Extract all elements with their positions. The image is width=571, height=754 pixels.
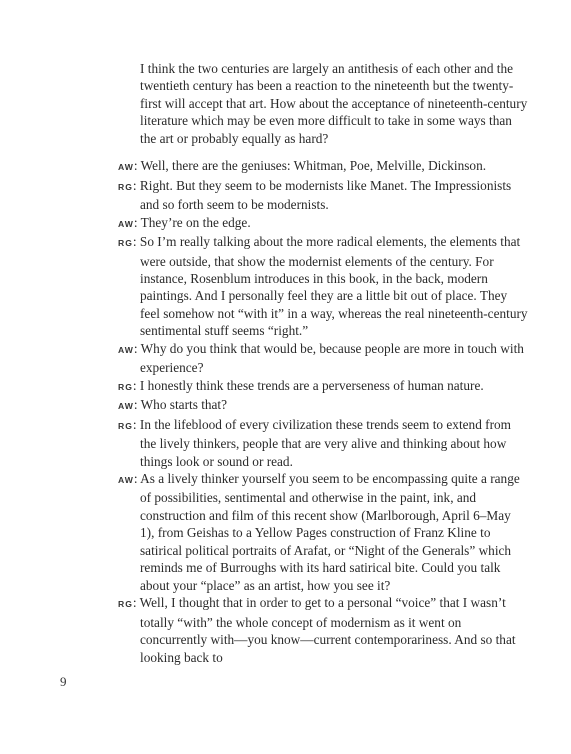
speaker-label: RG (118, 599, 133, 609)
speaker-separator: : (134, 215, 141, 230)
exchange-text: Well, I thought that in order to get to … (140, 595, 516, 664)
exchange-entry: AW: Why do you think that would be, beca… (118, 340, 528, 377)
speaker-separator: : (134, 158, 141, 173)
speaker-label: AW (118, 345, 134, 355)
exchange-entry: RG: Well, I thought that in order to get… (118, 594, 528, 666)
speaker-label: RG (118, 421, 133, 431)
speaker-label: RG (118, 238, 133, 248)
speaker-label: AW (118, 401, 134, 411)
intro-paragraph: I think the two centuries are largely an… (118, 60, 528, 147)
speaker-separator: : (133, 417, 140, 432)
page-number: 9 (60, 674, 67, 690)
speaker-separator: : (133, 595, 140, 610)
interview-text: I think the two centuries are largely an… (118, 60, 528, 666)
speaker-separator: : (134, 341, 141, 356)
exchange-entry: AW: They’re on the edge. (118, 214, 528, 233)
exchange-text: Right. But they seem to be modernists li… (140, 178, 511, 212)
exchange-entry: RG: In the lifeblood of every civilizati… (118, 416, 528, 470)
speaker-separator: : (133, 234, 140, 249)
exchange-text: They’re on the edge. (141, 215, 251, 230)
exchange-entry: RG: I honestly think these trends are a … (118, 377, 528, 396)
exchange-text: So I’m really talking about the more rad… (140, 234, 528, 338)
exchange-text: Why do you think that would be, because … (140, 341, 524, 375)
exchange-entry: RG: So I’m really talking about the more… (118, 233, 528, 340)
speaker-separator: : (134, 397, 141, 412)
exchange-text: I honestly think these trends are a perv… (140, 378, 484, 393)
exchange-text: As a lively thinker yourself you seem to… (140, 471, 520, 593)
speaker-separator: : (133, 378, 140, 393)
speaker-label: RG (118, 182, 133, 192)
exchange-text: In the lifeblood of every civilization t… (140, 417, 511, 469)
speaker-label: AW (118, 475, 134, 485)
exchange-entry: AW: Well, there are the geniuses: Whitma… (118, 157, 528, 176)
exchange-text: Who starts that? (141, 397, 227, 412)
speaker-label: AW (118, 219, 134, 229)
document-page: I think the two centuries are largely an… (0, 0, 571, 754)
exchange-entry: RG: Right. But they seem to be modernist… (118, 177, 528, 214)
exchange-entry: AW: As a lively thinker yourself you see… (118, 470, 528, 594)
speaker-label: AW (118, 162, 134, 172)
speaker-label: RG (118, 382, 133, 392)
speaker-separator: : (133, 178, 140, 193)
exchange-entry: AW: Who starts that? (118, 396, 528, 415)
exchange-text: Well, there are the geniuses: Whitman, P… (141, 158, 486, 173)
